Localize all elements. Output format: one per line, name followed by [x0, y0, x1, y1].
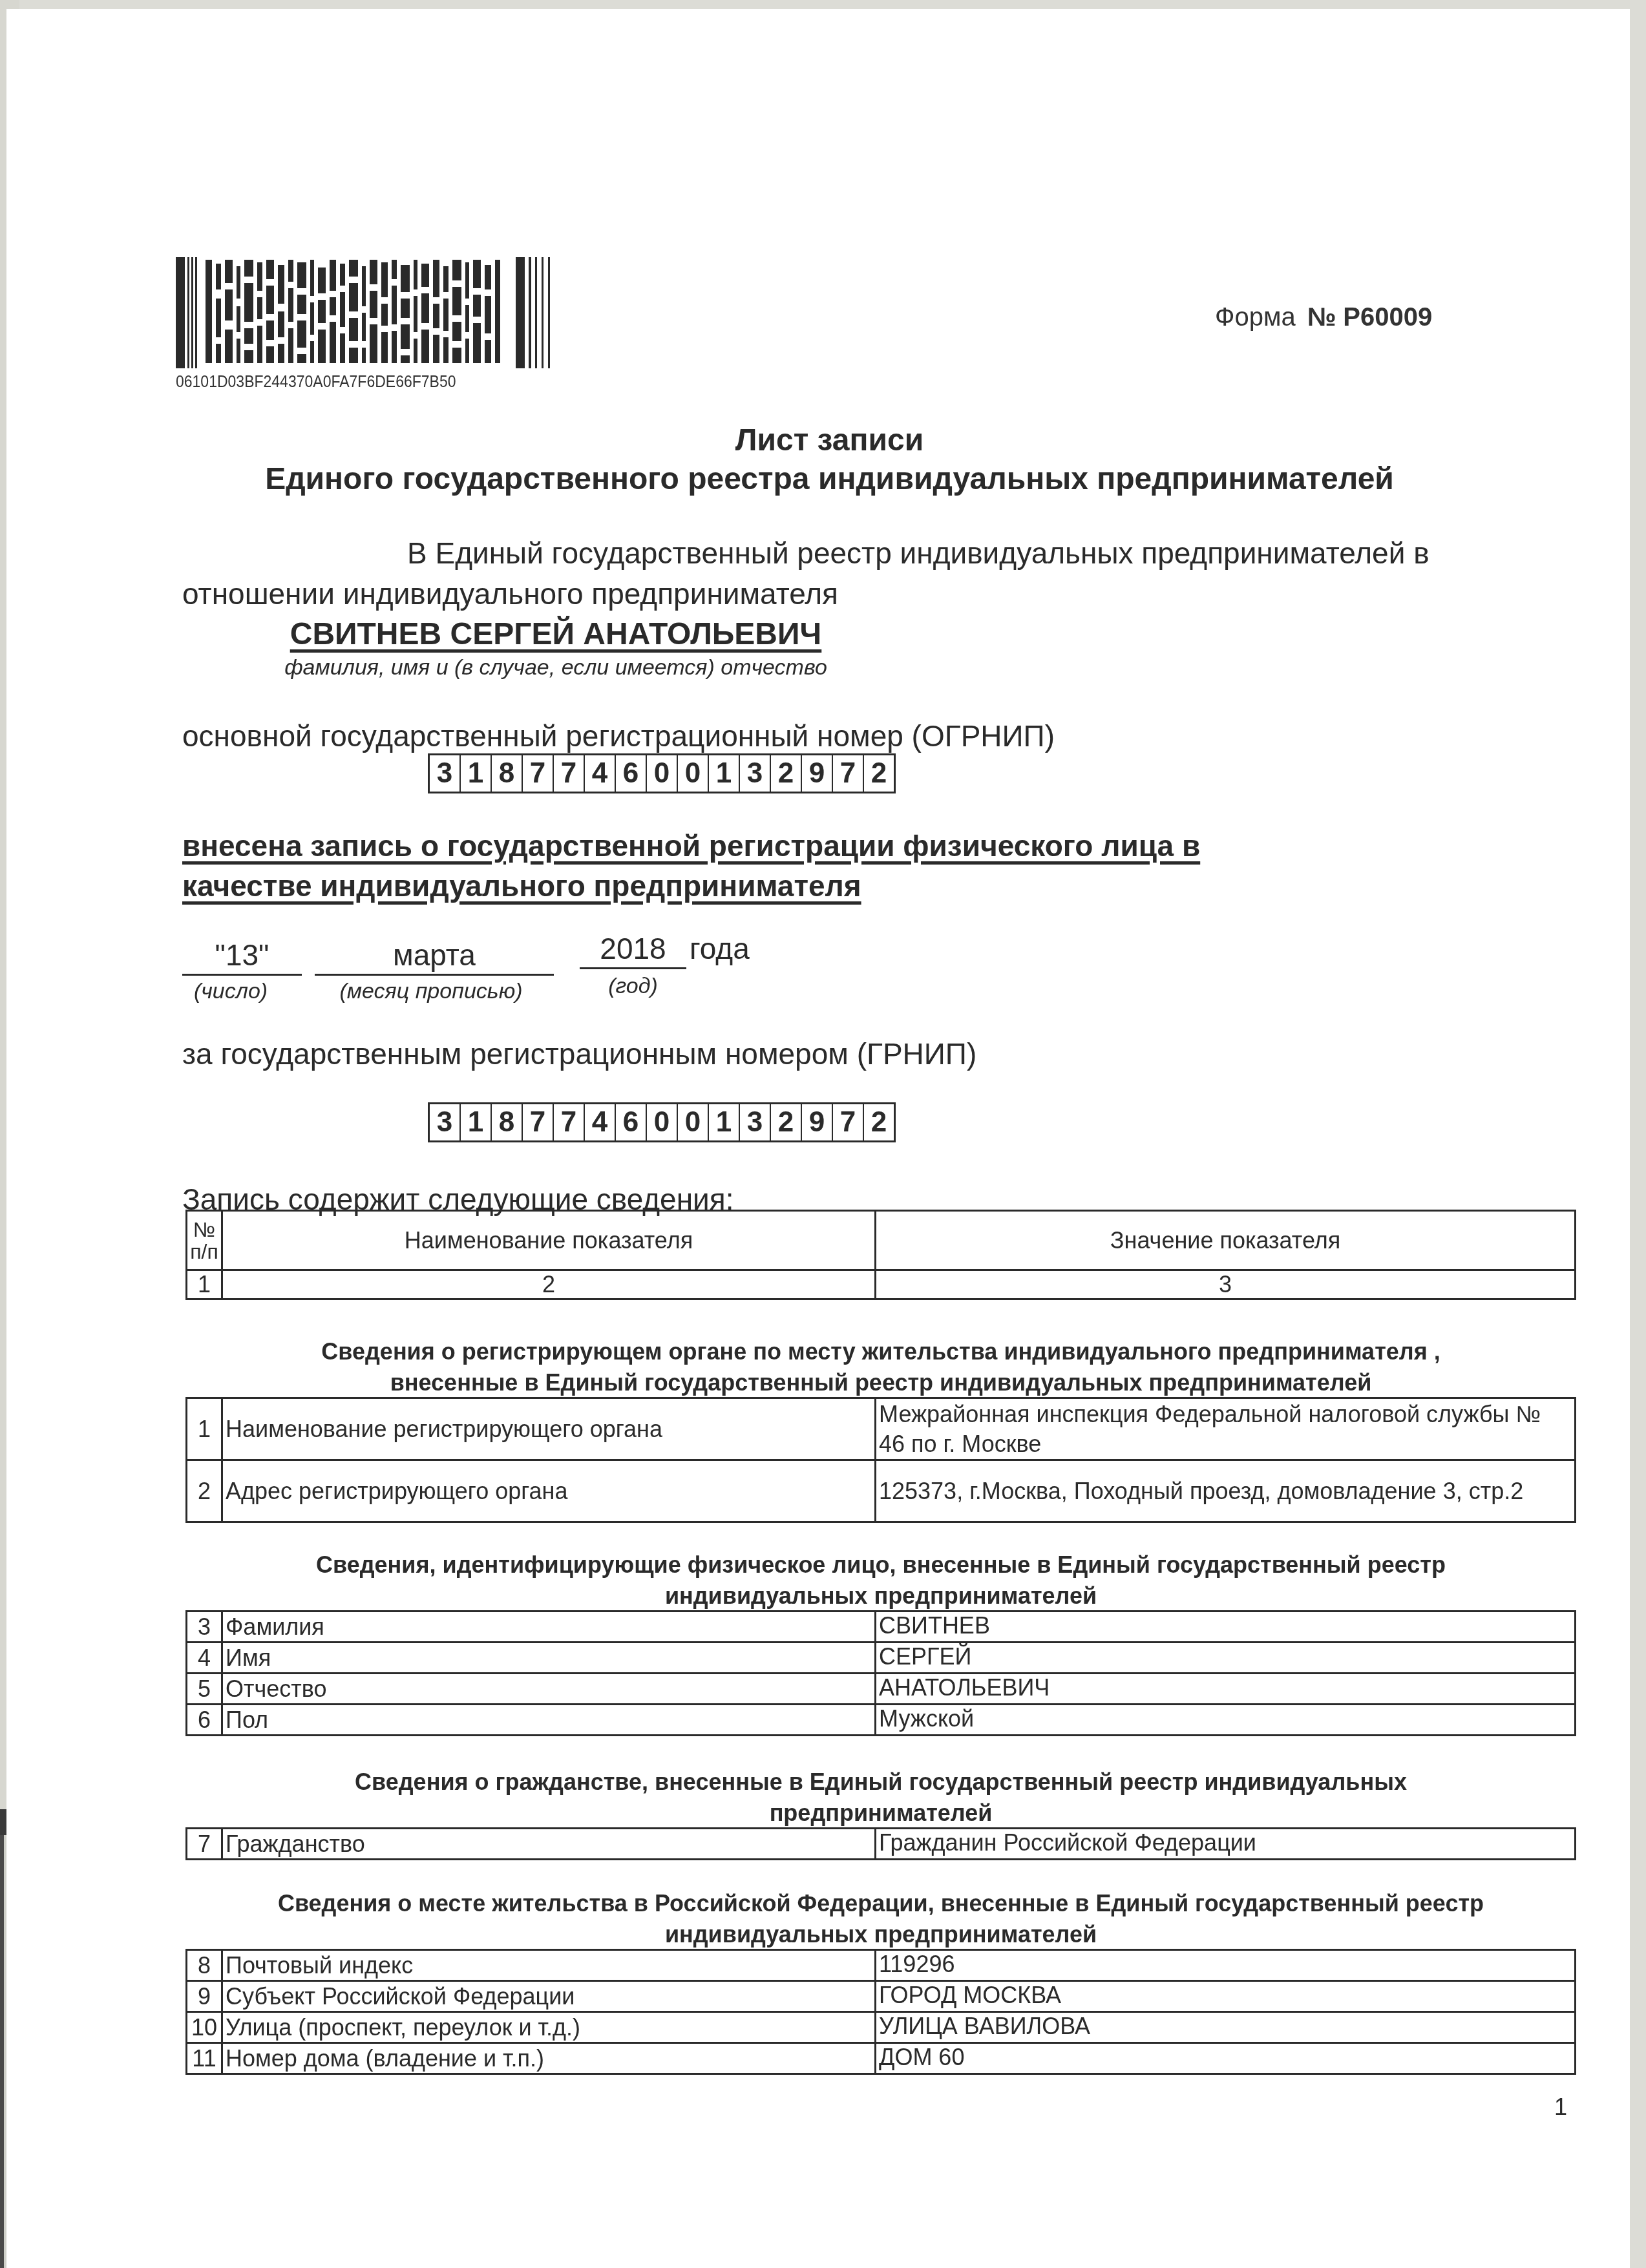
grnip-digit: 7 — [554, 1104, 585, 1140]
grnip-digit: 1 — [461, 1104, 492, 1140]
row-name: Улица (проспект, переулок и т.д.) — [222, 2012, 876, 2043]
pdf417-barcode — [176, 253, 556, 373]
grnip-digit-boxes: 3 1 8 7 7 4 6 0 0 1 3 2 9 7 2 — [428, 1102, 896, 1142]
section-title-line: предпринимателей — [185, 1798, 1576, 1829]
section-title-line: Сведения о регистрирующем органе по мест… — [185, 1336, 1576, 1367]
col-value-number: 3 — [876, 1270, 1576, 1299]
identification-table: 3 Фамилия СВИТНЕВ 4 Имя СЕРГЕЙ 5 Отчеств… — [185, 1610, 1576, 1736]
ogrnip-digit: 8 — [492, 755, 523, 792]
row-number: 1 — [187, 1398, 222, 1460]
row-value: ДОМ 60 — [876, 2043, 1576, 2074]
column-numbers-row: 1 2 3 — [187, 1270, 1576, 1299]
row-name: Наименование регистрирующего органа — [222, 1398, 876, 1460]
grnip-digit: 1 — [709, 1104, 740, 1140]
entrepreneur-full-name: СВИТНЕВ СЕРГЕЙ АНАТОЛЬЕВИЧ — [6, 616, 1105, 652]
residence-table: 8 Почтовый индекс 119296 9 Субъект Росси… — [185, 1949, 1576, 2075]
row-name: Имя — [222, 1643, 876, 1674]
section-title-line: Сведения о гражданстве, внесенные в Един… — [185, 1767, 1576, 1798]
table-row: 3 Фамилия СВИТНЕВ — [187, 1612, 1576, 1643]
row-number: 3 — [187, 1612, 222, 1643]
grnip-digit: 2 — [771, 1104, 802, 1140]
table-row: 5 Отчество АНАТОЛЬЕВИЧ — [187, 1674, 1576, 1705]
section-title-line: внесенные в Единый государственный реест… — [185, 1367, 1576, 1398]
barcode-code: 06101D03BF244370A0FA7F6DE66F7B50 — [176, 373, 456, 392]
ogrnip-digit: 0 — [678, 755, 709, 792]
ogrnip-digit: 7 — [554, 755, 585, 792]
row-number: 7 — [187, 1829, 222, 1860]
ogrnip-digit: 9 — [802, 755, 833, 792]
header-row: № п/п Наименование показателя Значение п… — [187, 1211, 1576, 1270]
table-row: 8 Почтовый индекс 119296 — [187, 1950, 1576, 1981]
row-name: Гражданство — [222, 1829, 876, 1860]
date-month-caption: (месяц прописью) — [308, 979, 554, 1004]
table-row: 9 Субъект Российской Федерации ГОРОД МОС… — [187, 1981, 1576, 2012]
grnip-digit: 7 — [523, 1104, 554, 1140]
entry-statement-line-2: качестве индивидуального предпринимателя — [182, 868, 861, 903]
ogrnip-digit: 6 — [616, 755, 647, 792]
intro-line-2: отношении индивидуального предпринимател… — [182, 576, 838, 611]
record-header-table: № п/п Наименование показателя Значение п… — [185, 1210, 1576, 1300]
row-value: СВИТНЕВ — [876, 1612, 1576, 1643]
date-year: 2018 — [580, 931, 686, 969]
row-number: 4 — [187, 1643, 222, 1674]
row-value: ГОРОД МОСКВА — [876, 1981, 1576, 2012]
row-value: 119296 — [876, 1950, 1576, 1981]
col-value-header: Значение показателя — [876, 1211, 1576, 1270]
row-name: Пол — [222, 1705, 876, 1736]
page-number: 1 — [1554, 2094, 1567, 2121]
row-number: 9 — [187, 1981, 222, 2012]
document-title: Лист записи — [6, 423, 1646, 458]
row-number: 6 — [187, 1705, 222, 1736]
row-number: 5 — [187, 1674, 222, 1705]
row-number: 8 — [187, 1950, 222, 1981]
row-value: 125373, г.Москва, Походный проезд, домов… — [876, 1460, 1576, 1522]
ogrnip-digit-boxes: 3 1 8 7 7 4 6 0 0 1 3 2 9 7 2 — [428, 753, 896, 793]
form-code: № Р60009 — [1307, 303, 1433, 331]
section-title-line: Сведения, идентифицирующие физическое ли… — [185, 1549, 1576, 1580]
form-label: Форма — [1215, 303, 1296, 331]
intro-line-1: В Единый государственный реестр индивиду… — [407, 536, 1430, 571]
col-no-number: 1 — [187, 1270, 222, 1299]
ogrnip-label: основной государственный регистрационный… — [182, 719, 1055, 753]
section-title-line: индивидуальных предпринимателей — [185, 1580, 1576, 1612]
grnip-digit: 0 — [678, 1104, 709, 1140]
row-name: Отчество — [222, 1674, 876, 1705]
form-number: Форма№ Р60009 — [1215, 303, 1432, 332]
grnip-digit: 4 — [585, 1104, 616, 1140]
row-value: АНАТОЛЬЕВИЧ — [876, 1674, 1576, 1705]
grnip-digit: 8 — [492, 1104, 523, 1140]
table-row: 6 Пол Мужской — [187, 1705, 1576, 1736]
row-name: Почтовый индекс — [222, 1950, 876, 1981]
section-title-registering-authority: Сведения о регистрирующем органе по мест… — [185, 1336, 1576, 1398]
document-subtitle: Единого государственного реестра индивид… — [6, 461, 1646, 497]
full-name-caption: фамилия, имя и (в случае, если имеется) … — [6, 655, 1105, 680]
row-name: Адрес регистрирующего органа — [222, 1460, 876, 1522]
ogrnip-digit: 2 — [864, 755, 894, 792]
col-name-header: Наименование показателя — [222, 1211, 876, 1270]
table-row: 4 Имя СЕРГЕЙ — [187, 1643, 1576, 1674]
ogrnip-digit: 0 — [647, 755, 678, 792]
grnip-digit: 9 — [802, 1104, 833, 1140]
table-row: 1 Наименование регистрирующего органа Ме… — [187, 1398, 1576, 1460]
ogrnip-digit: 7 — [833, 755, 864, 792]
date-month: марта — [315, 938, 554, 976]
registration-date: "13" (число) марта (месяц прописью) 2018… — [182, 938, 828, 1015]
row-name: Фамилия — [222, 1612, 876, 1643]
section-title-residence: Сведения о месте жительства в Российской… — [185, 1888, 1576, 1950]
row-name: Субъект Российской Федерации — [222, 1981, 876, 2012]
row-number: 11 — [187, 2043, 222, 2074]
row-value: СЕРГЕЙ — [876, 1643, 1576, 1674]
date-day: "13" — [182, 938, 302, 976]
row-name: Номер дома (владение и т.п.) — [222, 2043, 876, 2074]
row-value: Межрайонная инспекция Федеральной налого… — [876, 1398, 1576, 1460]
section-title-line: Сведения о месте жительства в Российской… — [185, 1888, 1576, 1919]
grnip-digit: 6 — [616, 1104, 647, 1140]
ogrnip-digit: 2 — [771, 755, 802, 792]
registering-authority-table: 1 Наименование регистрирующего органа Ме… — [185, 1397, 1576, 1523]
grnip-label: за государственным регистрационным номер… — [182, 1036, 976, 1071]
col-no-header: № п/п — [187, 1211, 222, 1270]
grnip-digit: 3 — [740, 1104, 771, 1140]
date-day-caption: (число) — [182, 979, 279, 1004]
ogrnip-digit: 3 — [430, 755, 461, 792]
ogrnip-digit: 1 — [709, 755, 740, 792]
row-value: Гражданин Российской Федерации — [876, 1829, 1576, 1860]
date-year-suffix: года — [690, 931, 750, 966]
section-title-identification: Сведения, идентифицирующие физическое ли… — [185, 1549, 1576, 1612]
ogrnip-digit: 1 — [461, 755, 492, 792]
ogrnip-digit: 7 — [523, 755, 554, 792]
grnip-digit: 0 — [647, 1104, 678, 1140]
table-row: 11 Номер дома (владение и т.п.) ДОМ 60 — [187, 2043, 1576, 2074]
grnip-digit: 3 — [430, 1104, 461, 1140]
date-year-caption: (год) — [580, 974, 686, 999]
table-row: 10 Улица (проспект, переулок и т.д.) УЛИ… — [187, 2012, 1576, 2043]
ogrnip-digit: 4 — [585, 755, 616, 792]
col-name-number: 2 — [222, 1270, 876, 1299]
document-page: 06101D03BF244370A0FA7F6DE66F7B50 Форма№ … — [6, 9, 1630, 2268]
citizenship-table: 7 Гражданство Гражданин Российской Федер… — [185, 1827, 1576, 1860]
row-number: 2 — [187, 1460, 222, 1522]
row-number: 10 — [187, 2012, 222, 2043]
entry-statement-line-1: внесена запись о государственной регистр… — [182, 828, 1200, 863]
row-value: Мужской — [876, 1705, 1576, 1736]
row-value: УЛИЦА ВАВИЛОВА — [876, 2012, 1576, 2043]
section-title-line: индивидуальных предпринимателей — [185, 1919, 1576, 1950]
table-row: 2 Адрес регистрирующего органа 125373, г… — [187, 1460, 1576, 1522]
grnip-digit: 7 — [833, 1104, 864, 1140]
grnip-digit: 2 — [864, 1104, 894, 1140]
table-row: 7 Гражданство Гражданин Российской Федер… — [187, 1829, 1576, 1860]
ogrnip-digit: 3 — [740, 755, 771, 792]
section-title-citizenship: Сведения о гражданстве, внесенные в Един… — [185, 1767, 1576, 1829]
